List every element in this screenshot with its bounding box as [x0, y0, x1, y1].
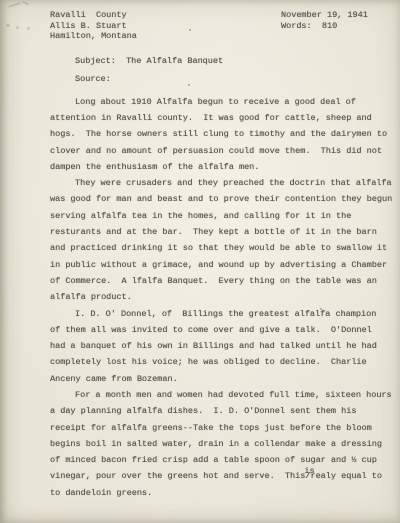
body-line: alfalfa product. [50, 289, 400, 305]
document-body: Long about 1910 Alfalfa begun to receive… [50, 94, 400, 501]
correction-post-text: /realy equal to [305, 471, 382, 481]
body-line: Long about 1910 Alfalfa begun to receive… [50, 94, 400, 110]
subject-block: Subject: The Alfalfa Banquet Source: [75, 52, 400, 88]
date-line: November 19, 1941 [281, 10, 368, 21]
body-line: I. D. O' Donnel, of Billings the greates… [50, 306, 400, 322]
body-line: completely lost his voice; he was oblige… [50, 354, 400, 370]
stray-mark [188, 84, 190, 86]
location-line: Hamilton, Montana [50, 31, 400, 42]
body-line: of minced bacon fried crisp add a table … [50, 452, 400, 468]
body-line: in public without a grimace, and wound u… [50, 257, 400, 273]
stray-mark [320, 308, 322, 310]
body-line: to dandeloin greens. [50, 485, 400, 501]
body-line: dampen the enthusiasm of the alfalfa men… [50, 159, 400, 175]
body-line: begins boil in salted water, drain in a … [50, 436, 400, 452]
body-line: For a month men and women had devoted fu… [50, 387, 400, 403]
source-line: Source: [75, 70, 400, 88]
body-line: receipt for alfalfa greens--Take the top… [50, 420, 400, 436]
body-line: of them all was invited to come over and… [50, 322, 400, 338]
body-line: and practiced drinking it so that they w… [50, 240, 400, 256]
date-block: November 19, 1941 Words: 810 [281, 10, 368, 31]
body-line: of Commerce. A lfalfa Banquet. Every thi… [50, 273, 400, 289]
body-line: had a banquet of his own in Billings and… [50, 338, 400, 354]
word-count-line: Words: 810 [281, 21, 368, 32]
subject-line: Subject: The Alfalfa Banquet [75, 52, 400, 70]
body-line: was good for man and beast and to prove … [50, 191, 400, 207]
body-line: clover and no amount of persuasion could… [50, 143, 400, 159]
document-header: Ravalli County Allis B. Stuart Hamilton,… [0, 0, 400, 42]
body-line: They were crusaders and they preached th… [50, 175, 400, 191]
body-line: attention in Ravalli county. It was good… [50, 110, 400, 126]
body-line: hogs. The horse owners still clung to ti… [50, 126, 400, 142]
correction-wrap: is/realy equal to [305, 471, 382, 481]
body-line: a day planning alfalfa dishes. I. D. O'D… [50, 403, 400, 419]
correction-pre-text: vinegar, pour over the greens hot and se… [50, 471, 305, 481]
interlinear-insertion: is [304, 463, 314, 479]
document-page: Ravalli County Allis B. Stuart Hamilton,… [0, 0, 400, 523]
body-line: Anceny came from Bozeman. [50, 371, 400, 387]
body-line: serving alfalfa tea in the homes, and ca… [50, 208, 400, 224]
body-line-with-correction: vinegar, pour over the greens hot and se… [50, 468, 400, 484]
body-line: resturants and at the bar. They kept a b… [50, 224, 400, 240]
